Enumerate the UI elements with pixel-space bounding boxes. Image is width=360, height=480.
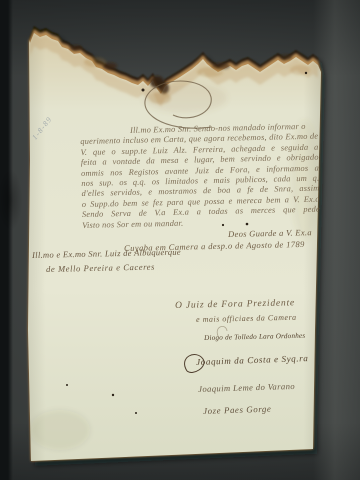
letter-body: Ill.mo Ex.mo Snr. Sendo-nos mandado info… — [80, 122, 320, 231]
manuscript-paper-graphic — [0, 0, 360, 480]
photo-background: 1-8-89 Ill.mo Ex.mo Snr. Sendo-nos manda… — [0, 0, 360, 480]
closing-salute: Deos Guarde a V. Ex.a — [228, 227, 312, 239]
